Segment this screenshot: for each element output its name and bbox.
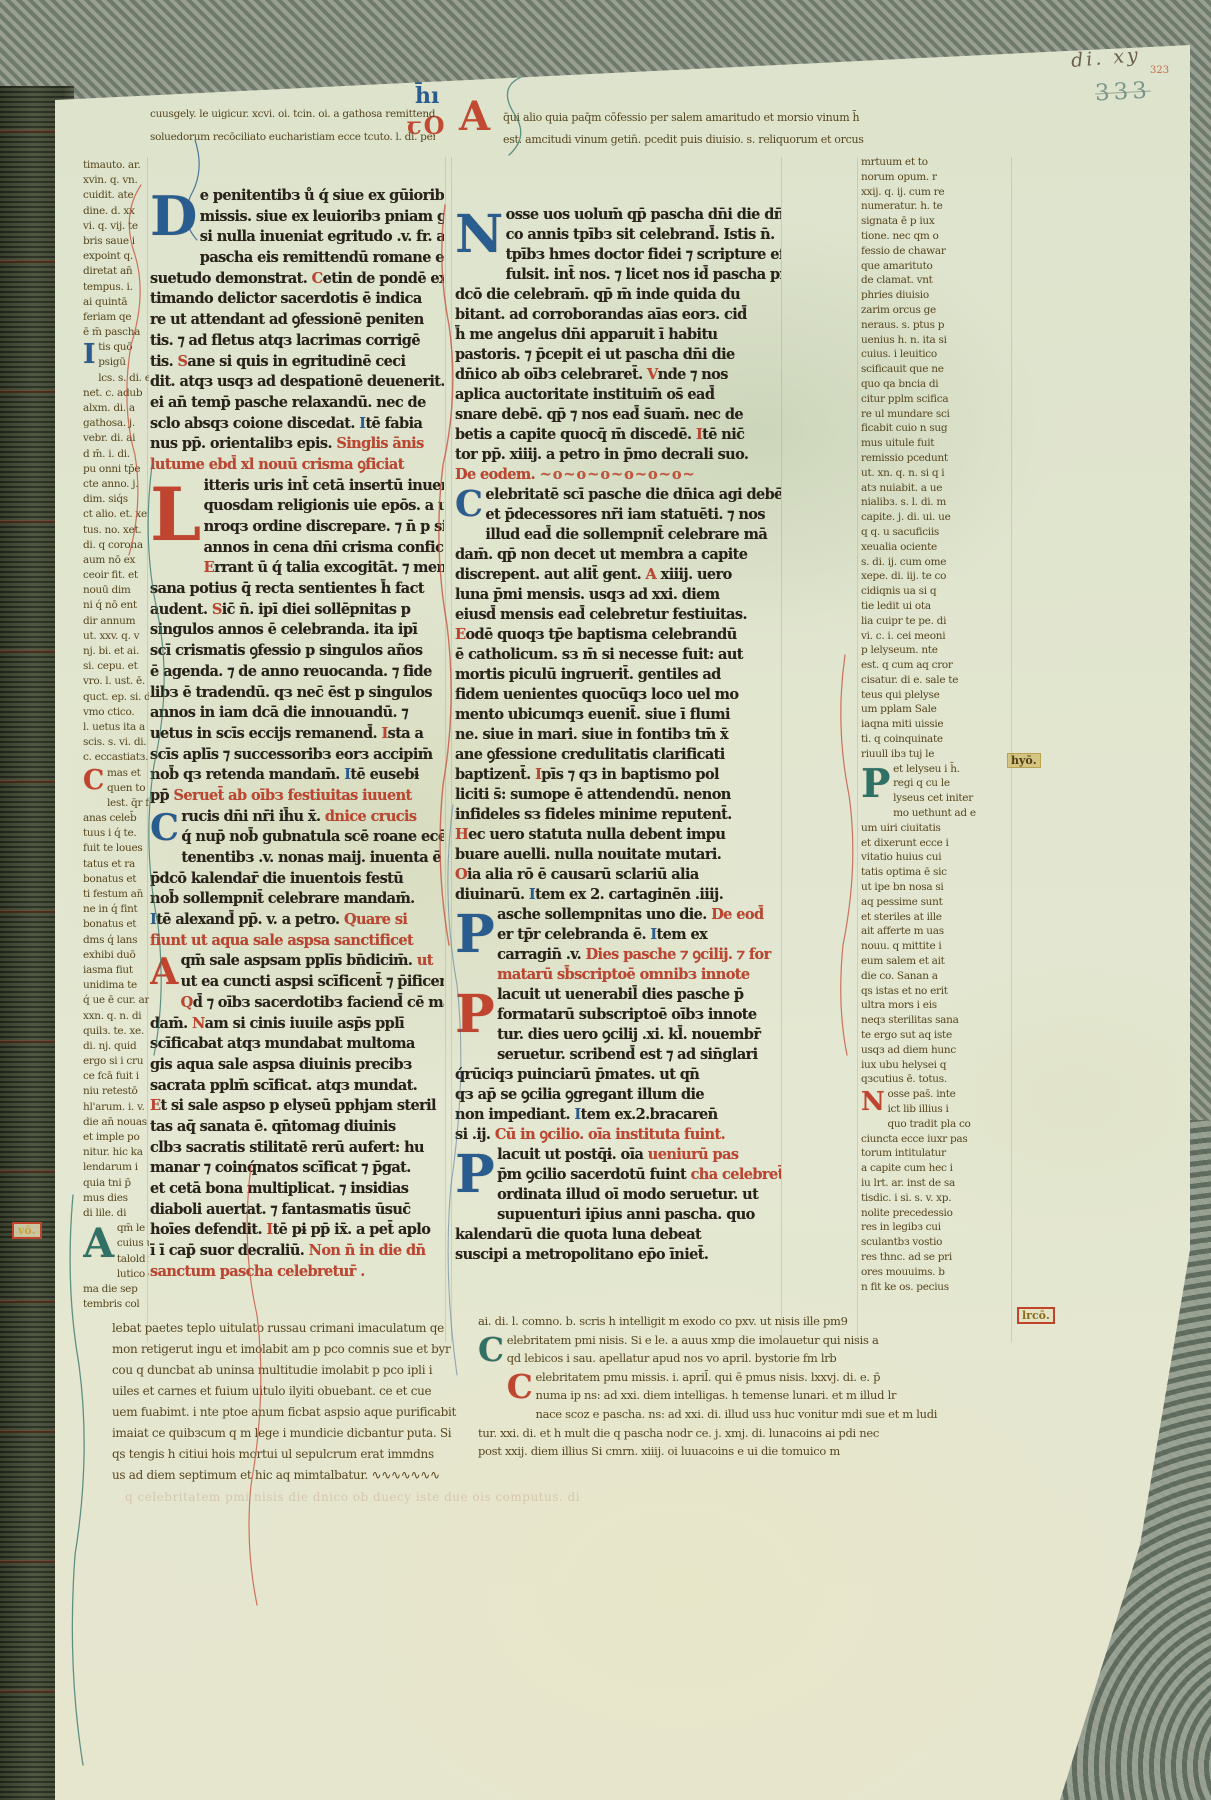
ruling-line (147, 157, 148, 1342)
bottom-gloss-left: lebat paetes teplo uitulato russau crima… (112, 1318, 482, 1498)
manuscript-photo: { "folio": {"shelfmark": "di. xy", "smal… (0, 0, 1211, 1800)
ruling-line (1011, 157, 1012, 1342)
folio-number: 333 (1094, 78, 1151, 107)
shelfmark-inscription: di. xy (1070, 44, 1141, 72)
parchment-page: di. xy 323 333 h̄ı ꞇO A cuusgely. le uig… (55, 45, 1190, 1800)
bottom-gloss-right: ai. di. l. comno. b. scris h intelligit … (478, 1312, 960, 1472)
marginal-note-hyo: hyō. (1007, 753, 1041, 768)
marginal-note-lrno: lrcō. (1017, 1307, 1055, 1324)
ruling-line (451, 157, 452, 1342)
right-margin-gloss-column: mrtuum et tonorum opum. rxxij. q. ij. cu… (861, 155, 1011, 1315)
ruling-line (857, 157, 858, 1342)
main-text-column-left: De penitentibз ů q́ siue ex gūioribз cōm… (150, 186, 444, 1296)
marginal-note-vo: vō. (12, 1222, 42, 1239)
ruling-line (445, 157, 446, 1342)
folio-number-small: 323 (1150, 65, 1169, 76)
ruling-line (781, 157, 782, 1342)
faded-offset-text: q celebritatem pmi nisis die dnico ob du… (125, 1490, 1045, 1504)
header-gloss-right: q̄ui alio quia paq̄m cōfessio per salem … (503, 107, 1063, 151)
header-gloss-left: cuusgely. le uigicur. xcvi. oi. tcin. oi… (150, 103, 435, 149)
pen-trial-red-initial: A (459, 93, 490, 140)
left-margin-gloss-column: timauto. ar.xvin. q. vn.cuidit. atedine.… (83, 158, 149, 1338)
main-text-column-right: Nosse uos uolum̄ qp̄ pascha dn̄i die dn̄… (455, 205, 781, 1285)
